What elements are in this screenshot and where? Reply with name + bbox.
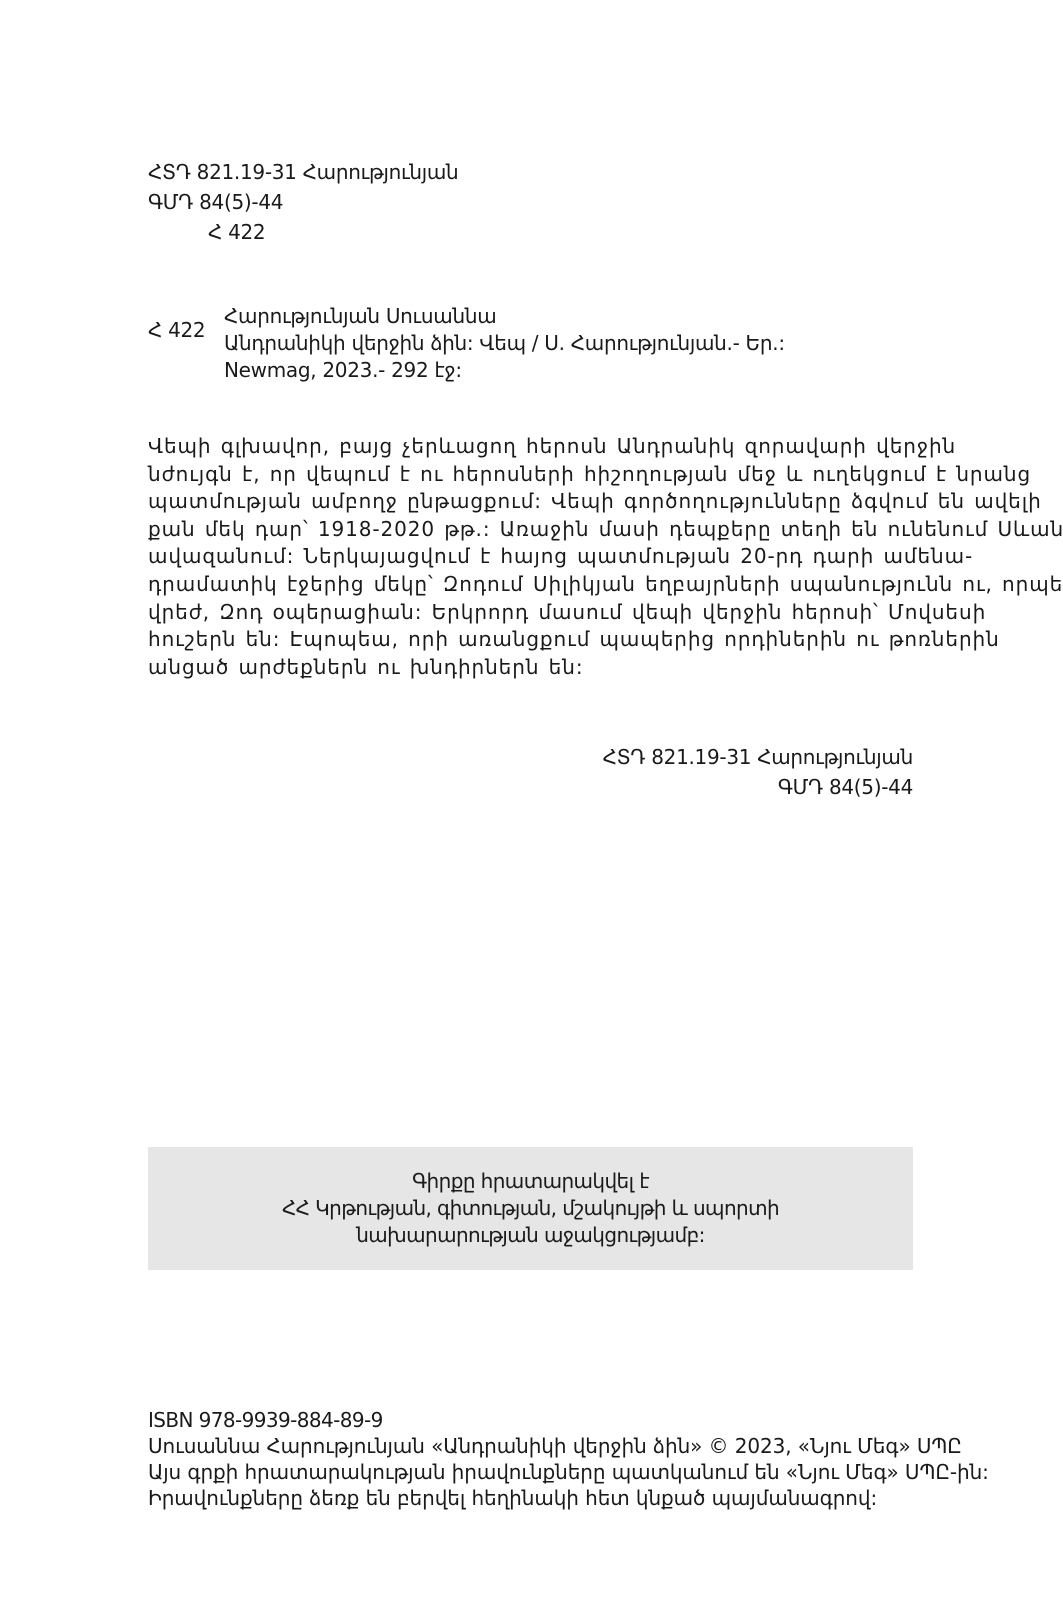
annotation-line: նժույգն է, որ վեպում է ու հերոսների հիշո… xyxy=(148,461,913,489)
isbn: ISBN 978-9939-884-89-9 xyxy=(148,1407,989,1433)
author-mark: Հ 422 xyxy=(148,217,458,247)
support-line: ՀՀ Կրթության, գիտության, մշակույթի և սպո… xyxy=(282,1195,779,1222)
copyright-line: Իրավունքները ձեռք են բերվել հեղինակի հետ… xyxy=(148,1485,989,1511)
support-notice-box: Գիրքը հրատարակվել է ՀՀ Կրթության, գիտութ… xyxy=(148,1147,913,1270)
annotation-line: Վեպի գլխավոր, բայց չերևացող հերոսն Անդրա… xyxy=(148,433,913,461)
annotation-line: ավազանում: Ներկայացվում է հայոց պատմությ… xyxy=(148,543,913,571)
biblio-author-mark: Հ 422 xyxy=(148,318,205,342)
biblio-title: Անդրանիկի վերջին ձին: Վեպ / Ս. Հարությու… xyxy=(224,330,785,357)
copyright-line: Սուսաննա Հարությունյան «Անդրանիկի վերջին… xyxy=(148,1433,989,1459)
annotation-line: անցած արժեքներն ու խնդիրներն են: xyxy=(148,654,913,682)
biblio-publisher: Newmag, 2023.- 292 էջ: xyxy=(224,357,785,384)
bbk-code: ԳՄԴ 84(5)-44 xyxy=(603,772,913,802)
udc-code: ՀՏԴ 821.19-31 Հարությունյան xyxy=(603,742,913,772)
annotation-line: քան մեկ դար՝ 1918-2020 թթ.: Առաջին մասի … xyxy=(148,516,913,544)
classification-top: ՀՏԴ 821.19-31 Հարությունյան ԳՄԴ 84(5)-44… xyxy=(148,157,458,247)
biblio-author: Հարությունյան Սուսաննա xyxy=(224,303,785,330)
classification-bottom: ՀՏԴ 821.19-31 Հարությունյան ԳՄԴ 84(5)-44 xyxy=(603,742,913,802)
bibliographic-record: Հարությունյան Սուսաննա Անդրանիկի վերջին … xyxy=(224,303,785,384)
annotation-line: վրեժ, Զոդ օպերացիան: Երկրորդ մասում վեպի… xyxy=(148,599,913,627)
annotation-line: հուշերն են: Էպոպեա, որի առանցքում պապերի… xyxy=(148,626,913,654)
copyright-line: Այս գրքի հրատարակության իրավունքները պատ… xyxy=(148,1459,989,1485)
annotation-paragraph: Վեպի գլխավոր, բայց չերևացող հերոսն Անդրա… xyxy=(148,433,913,681)
udc-code: ՀՏԴ 821.19-31 Հարությունյան xyxy=(148,157,458,187)
support-line: նախարարության աջակցությամբ: xyxy=(356,1222,705,1249)
annotation-line: պատմության ամբողջ ընթացքում: Վեպի գործող… xyxy=(148,488,913,516)
copyright-block: ISBN 978-9939-884-89-9 Սուսաննա Հարությո… xyxy=(148,1407,989,1511)
annotation-line: դրամատիկ էջերից մեկը՝ Զոդում Սիլիկյան եղ… xyxy=(148,571,913,599)
bbk-code: ԳՄԴ 84(5)-44 xyxy=(148,187,458,217)
support-line: Գիրքը հրատարակվել է xyxy=(412,1168,649,1195)
